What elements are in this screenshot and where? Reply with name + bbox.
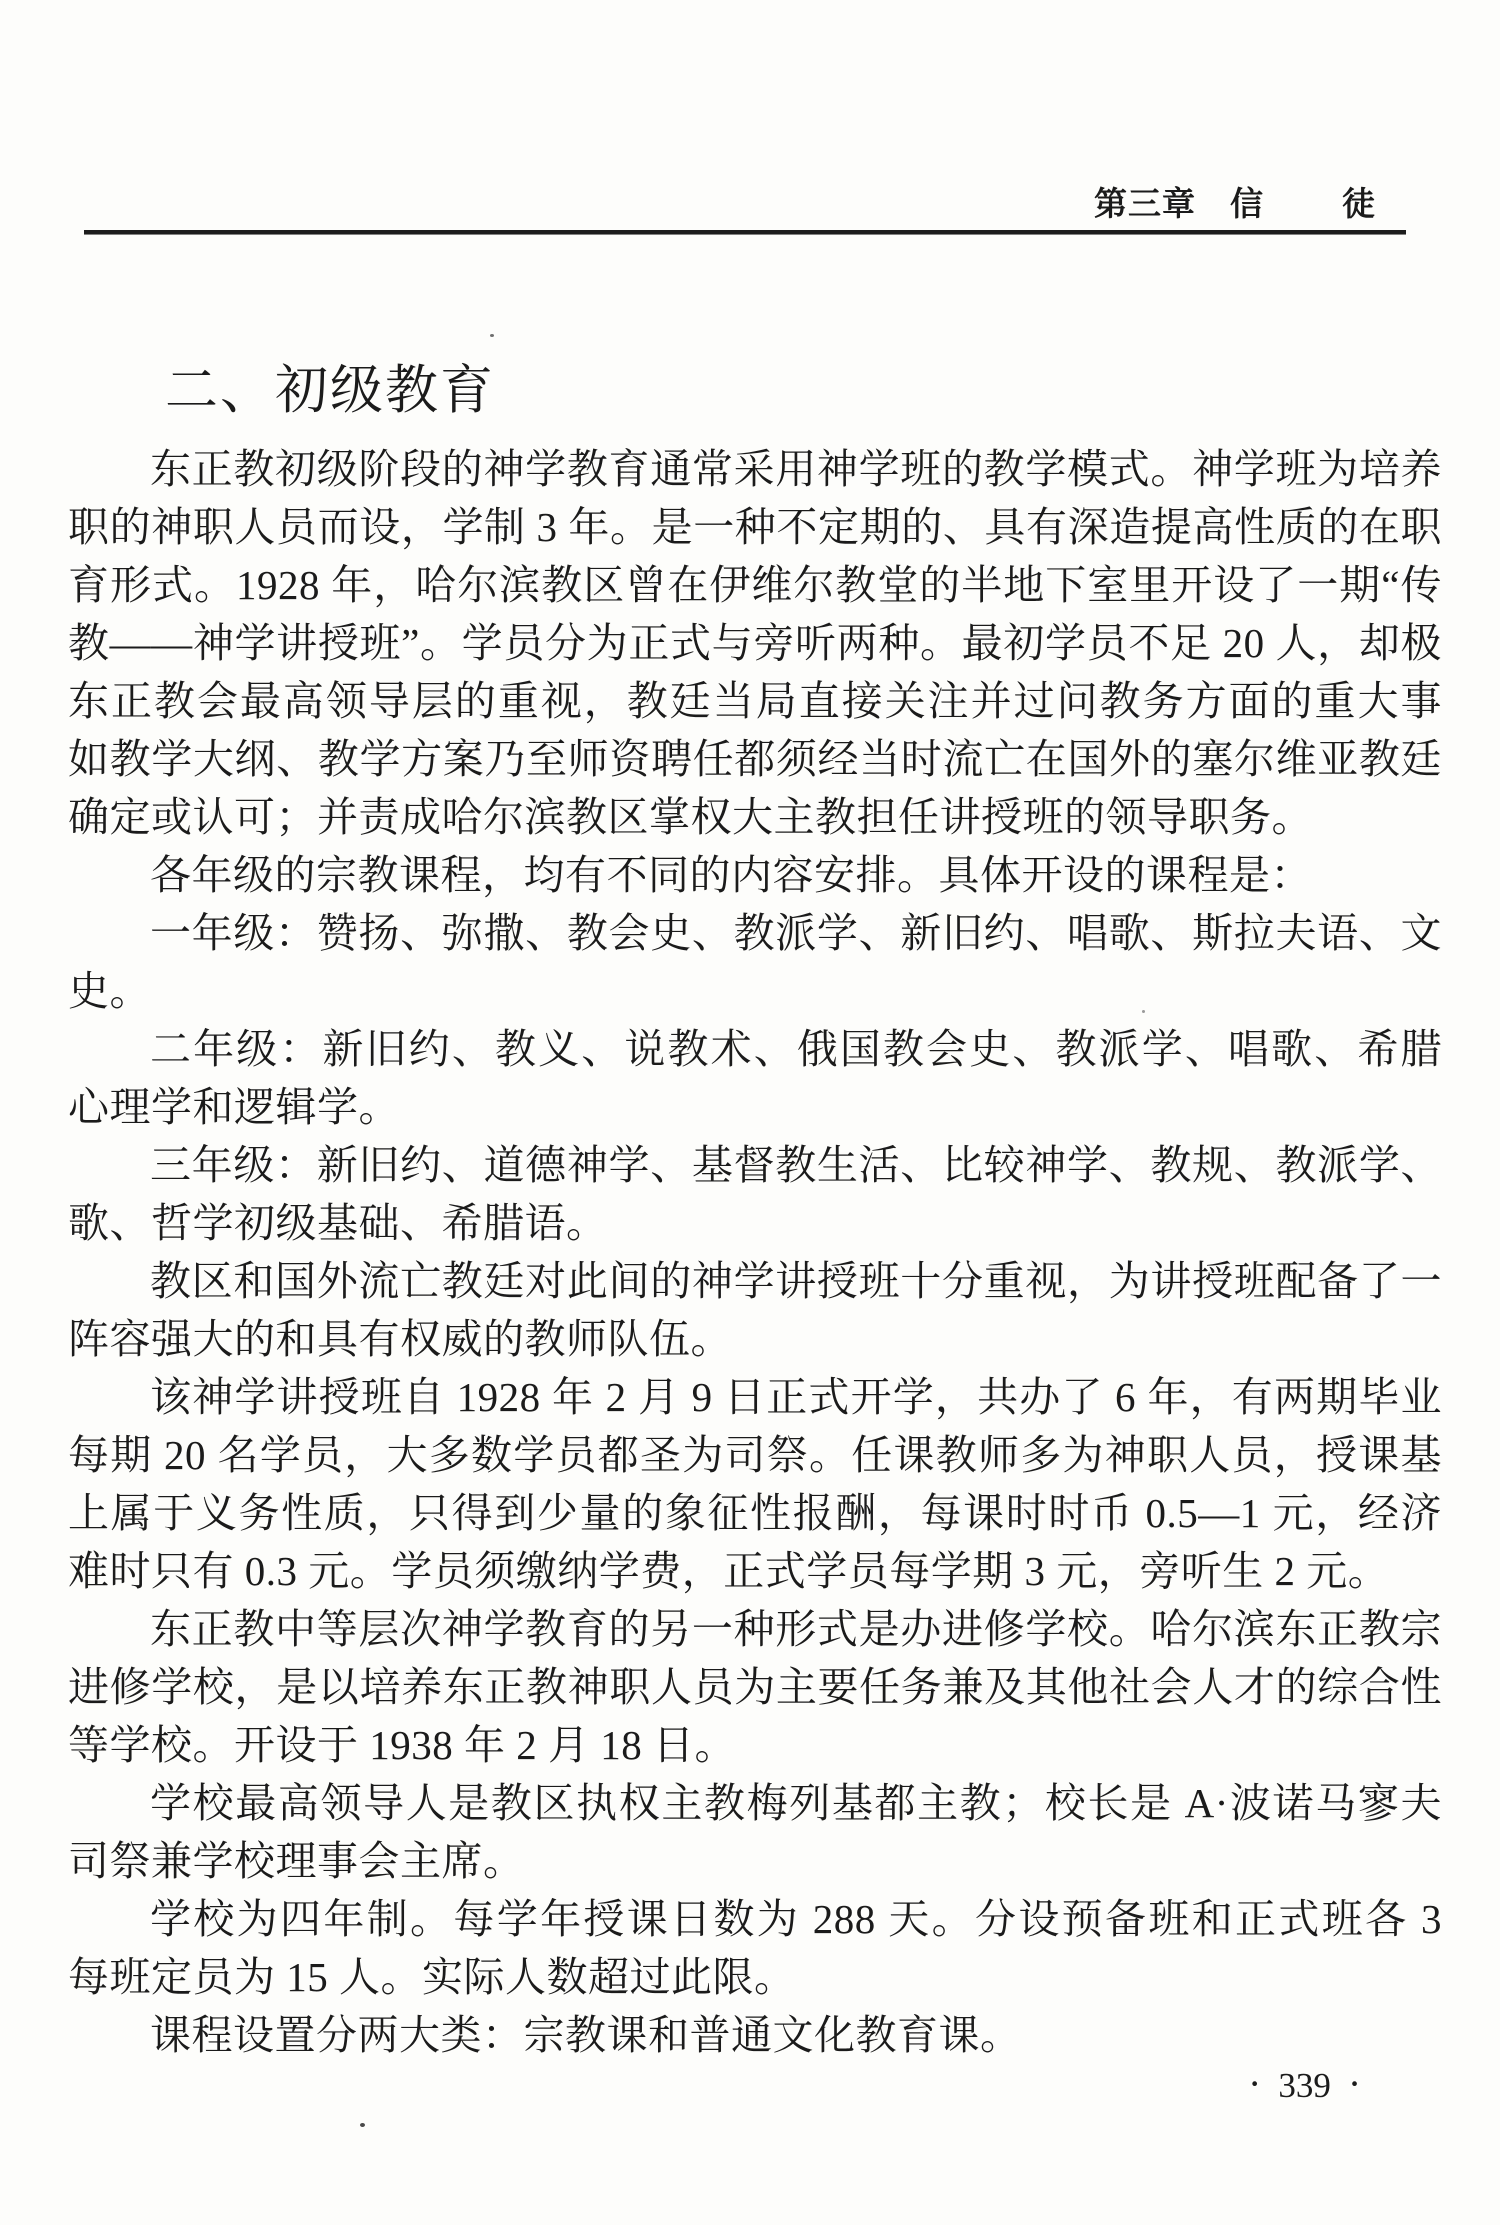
page-number: · 339 · — [1248, 2066, 1361, 2106]
page-number-value: 339 — [1278, 2066, 1331, 2106]
text-line: 东正教中等层次神学教育的另一种形式是办进修学校。哈尔滨东正教宗教 — [68, 1600, 1442, 1658]
section-title: 二、初级教育 — [165, 348, 495, 424]
text-line: 每期 20 名学员，大多数学员都圣为司祭。任课教师多为神职人员，授课基本 — [68, 1426, 1442, 1484]
running-header: 第三章 信 徒 — [0, 184, 1376, 218]
text-line: 司祭兼学校理事会主席。 — [68, 1832, 1442, 1890]
text-line: 难时只有 0.3 元。学员须缴纳学费，正式学员每学期 3 元，旁听生 2 元。 — [68, 1542, 1442, 1600]
page-number-dot-left: · — [1248, 2064, 1261, 2104]
text-line: 学校最高领导人是教区执权主教梅列基都主教；校长是 A·波诺马寥夫大 — [68, 1774, 1442, 1832]
text-line: 上属于义务性质，只得到少量的象征性报酬，每课时时币 0.5—1 元，经济困 — [68, 1484, 1442, 1542]
text-line: 等学校。开设于 1938 年 2 月 18 日。 — [68, 1716, 1442, 1774]
text-line: 东正教会最高领导层的重视，教廷当局直接关注并过问教务方面的重大事项， — [68, 672, 1442, 730]
text-line: 进修学校，是以培养东正教神职人员为主要任务兼及其他社会人才的综合性中 — [68, 1658, 1442, 1716]
page-number-dot-right: · — [1348, 2064, 1361, 2104]
text-line: 二年级：新旧约、教义、说教术、俄国教会史、教派学、唱歌、希腊语、 — [68, 1020, 1442, 1078]
scan-speck — [360, 2123, 365, 2127]
header-word-tu: 徒 — [1342, 178, 1376, 225]
text-line: 各年级的宗教课程，均有不同的内容安排。具体开设的课程是： — [68, 846, 1442, 904]
text-line: 职的神职人员而设，学制 3 年。是一种不定期的、具有深造提高性质的在职教 — [68, 498, 1442, 556]
scan-speck — [490, 334, 494, 337]
text-line: 东正教初级阶段的神学教育通常采用神学班的教学模式。神学班为培养在 — [68, 440, 1442, 498]
text-line: 教区和国外流亡教廷对此间的神学讲授班十分重视，为讲授班配备了一支 — [68, 1252, 1442, 1310]
text-line: 每班定员为 15 人。实际人数超过此限。 — [68, 1948, 1442, 2006]
text-line: 一年级：赞扬、弥撒、教会史、教派学、新旧约、唱歌、斯拉夫语、文学 — [68, 904, 1442, 962]
body-text: 东正教初级阶段的神学教育通常采用神学班的教学模式。神学班为培养在 职的神职人员而… — [68, 440, 1442, 2064]
text-line: 确定或认可；并责成哈尔滨教区掌权大主教担任讲授班的领导职务。 — [68, 788, 1442, 846]
header-word-xin: 信 — [1230, 178, 1264, 225]
text-line: 心理学和逻辑学。 — [68, 1078, 1442, 1136]
chapter-label: 第三章 — [1094, 178, 1196, 225]
text-line: 育形式。1928 年，哈尔滨教区曾在伊维尔教堂的半地下室里开设了一期“传 — [68, 556, 1442, 614]
text-line: 教——神学讲授班”。学员分为正式与旁听两种。最初学员不足 20 人，却极受 — [68, 614, 1442, 672]
text-line: 三年级：新旧约、道德神学、基督教生活、比较神学、教规、教派学、唱 — [68, 1136, 1442, 1194]
text-line: 该神学讲授班自 1928 年 2 月 9 日正式开学，共办了 6 年，有两期毕业… — [68, 1368, 1442, 1426]
text-line: 阵容强大的和具有权威的教师队伍。 — [68, 1310, 1442, 1368]
text-line: 课程设置分两大类：宗教课和普通文化教育课。 — [68, 2006, 1442, 2064]
scan-speck — [1142, 1010, 1145, 1013]
text-line: 如教学大纲、教学方案乃至师资聘任都须经当时流亡在国外的塞尔维亚教廷的 — [68, 730, 1442, 788]
book-page: 第三章 信 徒 二、初级教育 东正教初级阶段的神学教育通常采用神学班的教学模式。… — [0, 0, 1500, 2225]
text-line: 学校为四年制。每学年授课日数为 288 天。分设预备班和正式班各 3 个， — [68, 1890, 1442, 1948]
text-line: 歌、哲学初级基础、希腊语。 — [68, 1194, 1442, 1252]
text-line: 史。 — [68, 962, 1442, 1020]
header-rule — [84, 230, 1406, 234]
